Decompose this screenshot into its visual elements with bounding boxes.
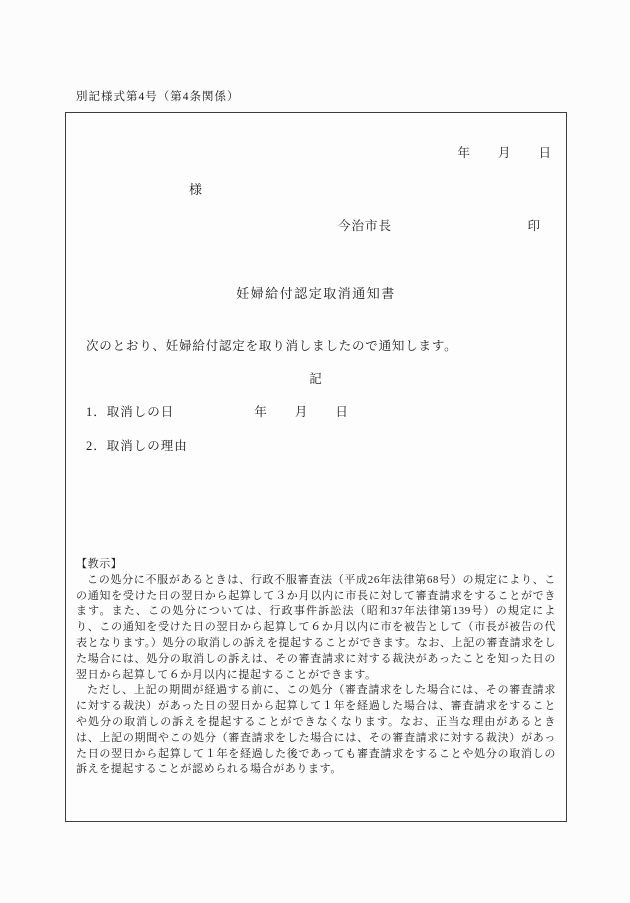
document-frame: 年 月 日 様 今治市長 印 妊婦給付認定取消通知書 次のとおり、妊婦給付認定を…: [65, 112, 567, 822]
notice-document-page: 別記様式第4号（第4条関係） 年 月 日 様 今治市長 印 妊婦給付認定取消通知…: [0, 0, 630, 903]
form-style-label: 別記様式第4号（第4条関係）: [76, 88, 240, 104]
addressee-honorific: 様: [189, 182, 203, 197]
item-label: 取消しの日: [107, 405, 175, 419]
item-number: 1．: [86, 405, 107, 419]
guidance-section: 【教示】 この処分に不服があるときは、行政不服審査法（平成26年法律第68号）の…: [76, 557, 556, 778]
item-cancellation-date-value: 年 月 日: [254, 402, 349, 420]
issuer-name: 今治市長: [338, 216, 392, 234]
guidance-heading: 【教示】: [76, 557, 556, 573]
document-title: 妊婦給付認定取消通知書: [66, 283, 566, 302]
item-cancellation-date: 1．取消しの日 年 月 日: [86, 402, 349, 420]
guidance-paragraph-2: ただし、上記の期間が経過する前に、この処分（審査請求をした場合には、その審査請求…: [76, 683, 556, 778]
item-number: 2．: [86, 439, 107, 453]
seal-mark: 印: [527, 216, 541, 234]
addressee-line: 様: [189, 179, 203, 198]
issue-date-line: 年 月 日: [457, 143, 552, 161]
item-cancellation-reason: 2．取消しの理由: [86, 436, 188, 454]
record-marker: 記: [66, 369, 566, 387]
issuer-line: 今治市長 印: [66, 216, 566, 234]
notification-body-text: 次のとおり、妊婦給付認定を取り消しましたので通知します。: [86, 336, 554, 354]
guidance-paragraph-1: この処分に不服があるときは、行政不服審査法（平成26年法律第68号）の規定により…: [76, 573, 556, 684]
item-label: 取消しの理由: [107, 439, 188, 453]
